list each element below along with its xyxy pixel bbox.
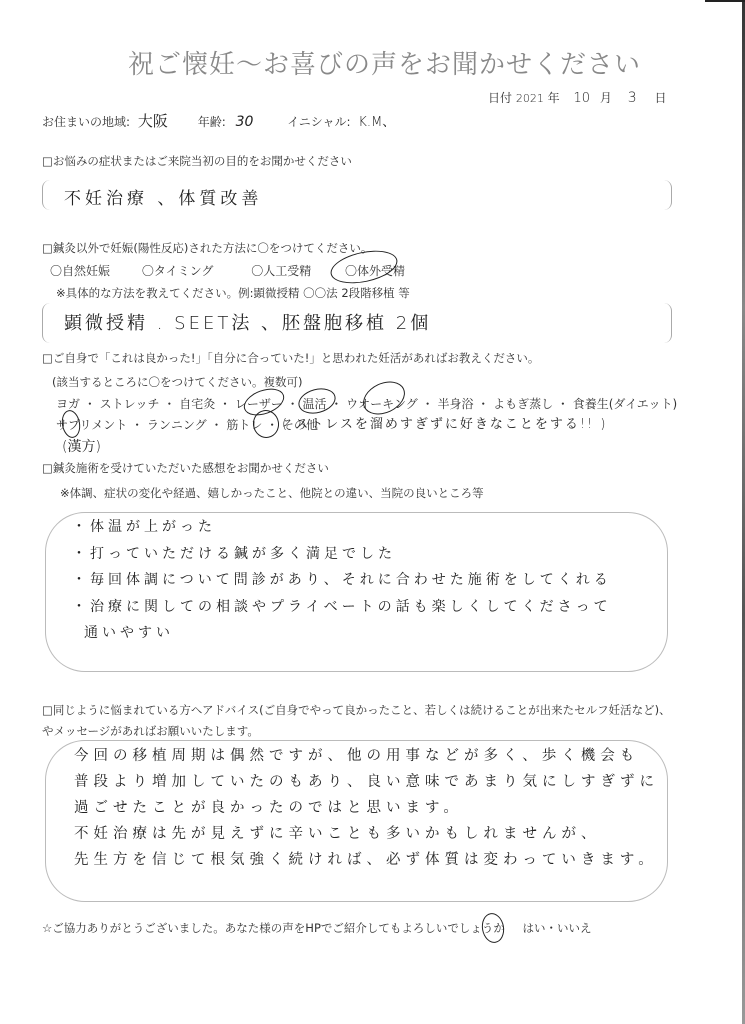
q5-answer-line: 不妊治療は先が見えずに辛いことも多いかもしれませんが、 bbox=[74, 821, 659, 847]
date-year-unit: 年 bbox=[548, 91, 560, 105]
selection-circle-yes bbox=[480, 911, 507, 944]
consent-label: ☆ご協力ありがとうございました。あなた様の声をHPでご紹介してもよろしいでしょう… bbox=[42, 921, 505, 935]
initial-value[interactable]: K.M、 bbox=[358, 115, 395, 130]
q2-option-artificial[interactable]: 〇人工受精 bbox=[251, 264, 311, 278]
date-row: 日付 2021 年 10 月 3 日 bbox=[488, 89, 667, 106]
q4-answer-line: ・毎回体調について問診があり、それに合わせた施術をしてくれる bbox=[72, 567, 612, 594]
q4-answer-line: 通いやすい bbox=[72, 620, 612, 647]
q5-answer: 今回の移植周期は偶然ですが、他の用事などが多く、歩く機会も 普段より増加していた… bbox=[74, 743, 659, 873]
q2-label: □鍼灸以外で妊娠(陽性反応)された方法に〇をつけてください。 bbox=[42, 240, 372, 256]
q3-opt-yoga[interactable]: ヨガ bbox=[56, 397, 80, 411]
q3-opt-stretch[interactable]: ストレッチ bbox=[100, 397, 160, 411]
consent-row: ☆ご協力ありがとうございました。あなた様の声をHPでご紹介してもよろしいでしょう… bbox=[42, 920, 592, 936]
consent-no[interactable]: いいえ bbox=[557, 921, 592, 935]
scan-edge-top bbox=[705, 0, 745, 2]
date-month[interactable]: 10 bbox=[574, 91, 591, 106]
date-day-unit: 日 bbox=[654, 91, 666, 105]
q5-answer-line: 先生方を信じて根気強く続ければ、必ず体質は変わっていきます。 bbox=[74, 847, 659, 873]
q5-answer-line: 今回の移植周期は偶然ですが、他の用事などが多く、歩く機会も bbox=[74, 743, 659, 769]
q4-answer-line: ・体温が上がった bbox=[72, 514, 612, 541]
q3-opt-home-moxa[interactable]: 自宅灸 bbox=[179, 397, 215, 411]
q5-answer-line: 過ごせたことが良かったのではと思います。 bbox=[74, 795, 659, 821]
age-label: 年齢: bbox=[198, 115, 226, 129]
q2-option-timing[interactable]: 〇タイミング bbox=[142, 264, 214, 278]
q2-detail-label: ※具体的な方法を教えてください。例:顕微授精 〇〇法 2段階移植 等 bbox=[56, 285, 410, 301]
q1-label: □お悩みの症状またはご来院当初の目的をお聞かせください bbox=[42, 153, 352, 169]
q3-supplement-note: (漢方) bbox=[62, 436, 101, 456]
q3-label: □ご自身で「これは良かった!」「自分に合っていた!」と思われた妊活があればお教え… bbox=[42, 350, 539, 366]
date-month-unit: 月 bbox=[600, 91, 612, 105]
q4-answer-line: ・治療に関しての相談やプライベートの話も楽しくしてくださって bbox=[72, 594, 612, 621]
q3-note: (該当するところに〇をつけてください。複数可) bbox=[52, 374, 302, 390]
consent-separator: ・ bbox=[546, 921, 558, 935]
profile-row: お住まいの地域: 大阪 年齢: 30 イニシャル: K.M、 bbox=[42, 110, 395, 131]
date-label: 日付 bbox=[488, 91, 512, 105]
region-value[interactable]: 大阪 bbox=[138, 112, 168, 130]
q3-opt-half-bath[interactable]: 半身浴 bbox=[437, 397, 473, 411]
q3-opt-running[interactable]: ランニング bbox=[147, 418, 207, 432]
q2-detail-answer: 顕微授精 . SEET法 、胚盤胞移植 2個 bbox=[64, 309, 431, 335]
date-day[interactable]: 3 bbox=[628, 90, 637, 106]
q3-opt-mugwort-steam[interactable]: よもぎ蒸し bbox=[493, 397, 553, 411]
date-year[interactable]: 2021 bbox=[516, 92, 544, 105]
consent-yes[interactable]: はい bbox=[523, 921, 546, 935]
form-title: 祝ご懐妊〜お喜びの声をお聞かせください bbox=[128, 44, 641, 81]
region-label: お住まいの地域: bbox=[42, 115, 130, 129]
q4-note: ※体調、症状の変化や経過、嬉しかったこと、他院との違い、当院の良いところ等 bbox=[60, 485, 484, 501]
q4-answer-line: ・打っていただける鍼が多く満足でした bbox=[72, 541, 612, 568]
q1-answer: 不妊治療 、体質改善 bbox=[64, 184, 262, 209]
q5-label-line2: やメッセージがあればお願いいたします。 bbox=[42, 723, 259, 739]
q4-label: □鍼灸施術を受けていただいた感想をお聞かせください bbox=[42, 460, 329, 476]
q5-answer-line: 普段より増加していたのもあり、良い意味であまり気にしすぎずに bbox=[74, 769, 659, 795]
q3-other-answer: ( ストレスを溜めすぎずに好きなことをする!! ) bbox=[282, 413, 607, 432]
q4-answer: ・体温が上がった ・打っていただける鍼が多く満足でした ・毎回体調について問診が… bbox=[72, 514, 612, 647]
age-value[interactable]: 30 bbox=[236, 114, 254, 130]
initial-label: イニシャル: bbox=[287, 115, 350, 129]
selection-circle-supplement bbox=[60, 409, 83, 440]
q3-opt-diet[interactable]: 食養生(ダイエット) bbox=[573, 397, 677, 411]
q5-label-line1: □同じように悩まれている方へアドバイス(ご自身でやって良かったこと、若しくは続け… bbox=[42, 702, 671, 718]
q2-option-natural[interactable]: 〇自然妊娠 bbox=[50, 264, 110, 278]
